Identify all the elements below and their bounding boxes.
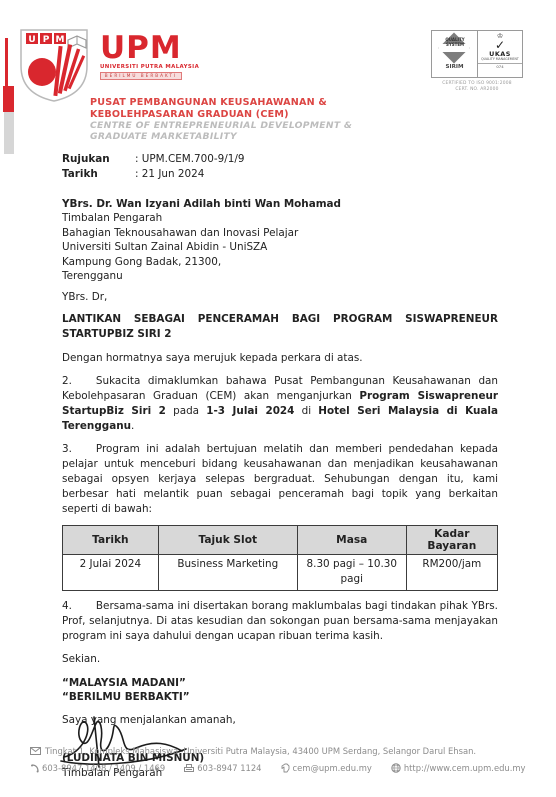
cell-tarikh: 2 Julai 2024 xyxy=(63,555,159,591)
paragraph-4-text: Bersama-sama ini disertakan borang maklu… xyxy=(62,600,498,642)
cell-tajuk-slot: Business Marketing xyxy=(158,555,297,591)
rujukan-label: Rujukan xyxy=(62,152,135,167)
cell-kadar-bayaran: RM200/jam xyxy=(406,555,497,591)
tarikh-label: Tarikh xyxy=(62,167,135,182)
globe-icon xyxy=(391,763,401,773)
footer: Tingkat 1, Kompleks Mahasiswa, Universit… xyxy=(30,746,540,773)
phone-icon xyxy=(30,764,39,773)
column-header-tarikh: Tarikh xyxy=(63,526,159,555)
svg-text:U: U xyxy=(28,35,35,45)
recipient-line: Universiti Sultan Zainal Abidin - UniSZA xyxy=(62,240,498,254)
recipient-block: YBrs. Dr. Wan Izyani Adilah binti Wan Mo… xyxy=(62,197,498,283)
schedule-table-row: 2 Julai 2024 Business Marketing 8.30 pag… xyxy=(63,555,498,591)
footer-fax-segment: 603-8947 1124 xyxy=(184,763,261,773)
intro-paragraph: Dengan hormatnya saya merujuk kepada per… xyxy=(62,351,498,366)
paragraph-2-number: 2. xyxy=(62,374,72,389)
footer-website-segment: http://www.cem.upm.edu.my xyxy=(391,763,526,773)
footer-fax: 603-8947 1124 xyxy=(197,763,261,773)
motto-line: “BERILMU BERBAKTI” xyxy=(62,690,498,705)
fax-icon xyxy=(184,764,194,773)
ukas-mark: ♔ ✓ UKAS QUALITY MANAGEMENT 074 xyxy=(477,31,522,77)
certification-box: QUALITY SYSTEM SIRIM ♔ ✓ UKAS QUALITY MA… xyxy=(431,30,523,78)
university-name: UNIVERSITI PUTRA MALAYSIA xyxy=(100,64,195,70)
upm-shield-logo: U P M xyxy=(18,26,90,105)
reference-block: Rujukan : UPM.CEM.700-9/1/9 Tarikh : 21 … xyxy=(62,152,498,181)
recipient-line: Terengganu xyxy=(62,269,498,283)
left-accent-line xyxy=(5,38,8,86)
footer-email: cem@upm.edu.my xyxy=(293,763,372,773)
svg-text:M: M xyxy=(56,35,65,45)
schedule-table: Tarikh Tajuk Slot Masa Kadar Bayaran 2 J… xyxy=(62,525,498,591)
left-accent-red-block xyxy=(3,86,14,112)
tarikh-value: : 21 Jun 2024 xyxy=(135,167,204,182)
footer-phone: 603-8947 1408 / 1409 / 1469 xyxy=(42,763,165,773)
upm-wordmark-text: UPM xyxy=(100,33,195,63)
department-name-line1: PUSAT PEMBANGUNAN KEUSAHAWANAN & xyxy=(90,97,352,109)
rujukan-value: : UPM.CEM.700-9/1/9 xyxy=(135,152,244,167)
salutation: YBrs. Dr, xyxy=(62,290,498,305)
column-header-masa: Masa xyxy=(297,526,406,555)
footer-address: Tingkat 1, Kompleks Mahasiswa, Universit… xyxy=(45,746,476,756)
closing-word: Sekian. xyxy=(62,652,498,667)
recipient-line: Kampung Gong Badak, 21300, xyxy=(62,255,498,269)
letter-body: Rujukan : UPM.CEM.700-9/1/9 Tarikh : 21 … xyxy=(62,152,498,781)
cell-masa: 8.30 pagi – 10.30 pagi xyxy=(297,555,406,591)
footer-email-segment: cem@upm.edu.my xyxy=(281,763,372,773)
certification-marks: QUALITY SYSTEM SIRIM ♔ ✓ UKAS QUALITY MA… xyxy=(429,30,525,92)
left-accent-gray-block xyxy=(4,112,14,154)
recipient-line: Timbalan Pengarah xyxy=(62,211,498,225)
ukas-number: 074 xyxy=(478,63,522,69)
paragraph-3: 3.Program ini adalah bertujuan melatih d… xyxy=(62,442,498,517)
motto-block: “MALAYSIA MADANI” “BERILMU BERBAKTI” xyxy=(62,676,498,705)
motto-line: “MALAYSIA MADANI” xyxy=(62,676,498,691)
paragraph-4-number: 4. xyxy=(62,599,72,614)
certification-note: CERTIFIED TO ISO 9001:2008 CERT. NO. AR2… xyxy=(429,81,525,92)
university-tagline: BERILMU BERBAKTI xyxy=(100,72,182,80)
email-hand-icon xyxy=(281,763,290,773)
paragraph-3-text: Program ini adalah bertujuan melatih dan… xyxy=(62,443,498,515)
sirim-label: SIRIM xyxy=(432,64,477,70)
svg-text:P: P xyxy=(43,35,50,45)
column-header-kadar-bayaran: Kadar Bayaran xyxy=(406,526,497,555)
ukas-sub-label: QUALITY MANAGEMENT xyxy=(481,58,519,62)
upm-shield-icon: U P M xyxy=(18,26,90,102)
footer-website: http://www.cem.upm.edu.my xyxy=(404,763,526,773)
sirim-quality-mark: QUALITY SYSTEM SIRIM xyxy=(432,31,477,77)
envelope-icon xyxy=(30,747,41,755)
paragraph-2: 2.Sukacita dimaklumkan bahawa Pusat Pemb… xyxy=(62,374,498,434)
recipient-line: Bahagian Teknousahawan dan Inovasi Pelaj… xyxy=(62,226,498,240)
footer-phone-segment: 603-8947 1408 / 1409 / 1469 xyxy=(30,763,165,773)
recipient-name: YBrs. Dr. Wan Izyani Adilah binti Wan Mo… xyxy=(62,197,498,211)
department-name-en-line2: GRADUATE MARKETABILITY xyxy=(90,131,352,142)
column-header-tajuk-slot: Tajuk Slot xyxy=(158,526,297,555)
subject-line: LANTIKAN SEBAGAI PENCERAMAH BAGI PROGRAM… xyxy=(62,312,498,342)
department-name-en-line1: CENTRE OF ENTREPRENEURIAL DEVELOPMENT & xyxy=(90,120,352,131)
letter-page: { "letterhead": { "shield_logo": { "lett… xyxy=(0,0,556,797)
schedule-table-header-row: Tarikh Tajuk Slot Masa Kadar Bayaran xyxy=(63,526,498,555)
quality-system-label: QUALITY SYSTEM xyxy=(432,38,478,47)
paragraph-2-bold: 1-3 Julai 2024 xyxy=(206,405,294,417)
department-heading: PUSAT PEMBANGUNAN KEUSAHAWANAN & KEBOLEH… xyxy=(90,97,352,142)
paragraph-4: 4.Bersama-sama ini disertakan borang mak… xyxy=(62,599,498,644)
paragraph-3-number: 3. xyxy=(62,442,72,457)
upm-wordmark: UPM UNIVERSITI PUTRA MALAYSIA BERILMU BE… xyxy=(100,33,195,80)
department-name-line2: KEBOLEHPASARAN GRADUAN (CEM) xyxy=(90,109,352,121)
